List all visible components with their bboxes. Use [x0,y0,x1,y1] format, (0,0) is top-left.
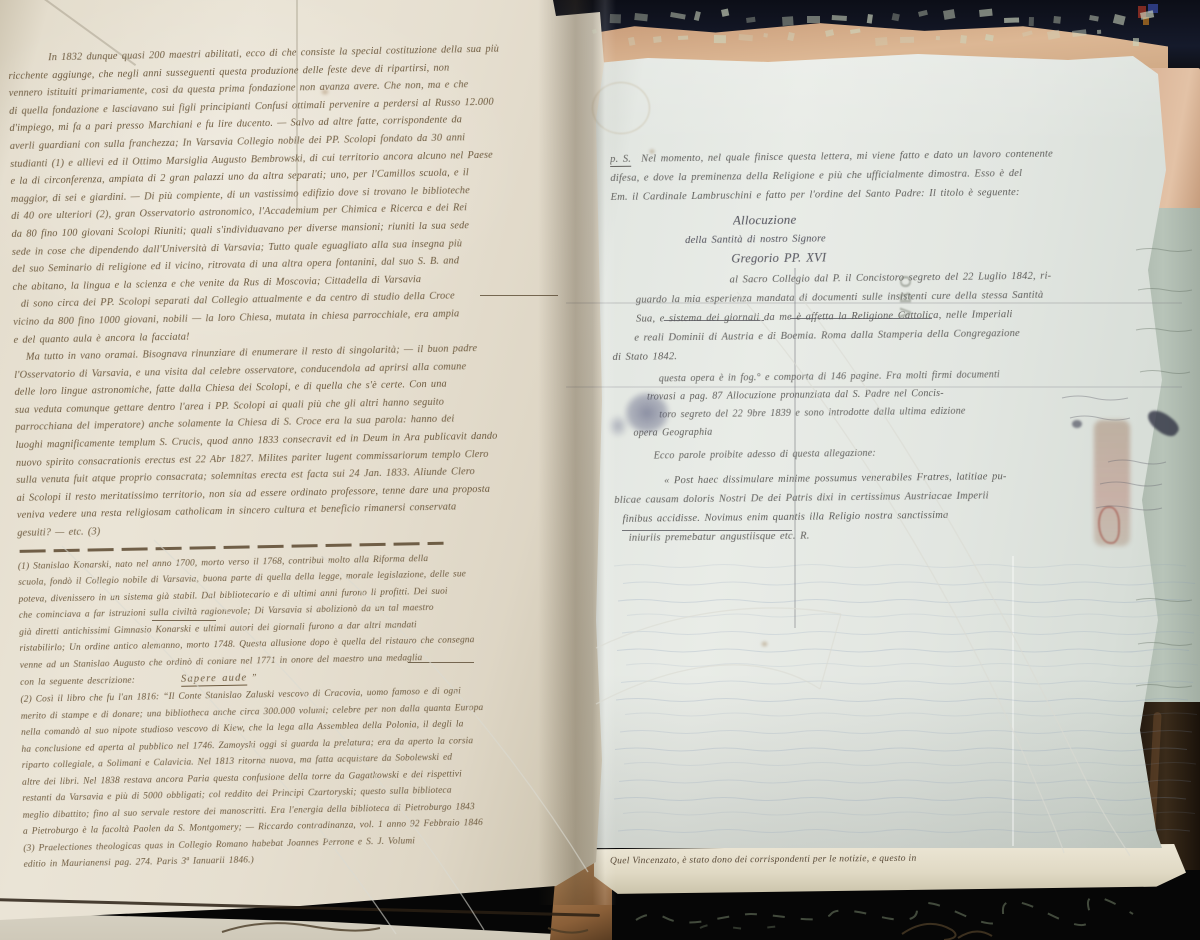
red-stamp-mark [1098,506,1120,544]
postscript-lines: difesa, e dove la preminenza della Relig… [610,162,1176,207]
allocution-heading: Allocuzionedella Santità di nostro Signo… [611,205,1178,270]
motto-prefix: con la seguente descrizione: [20,676,135,688]
postscript-block: p. S.Nel momento, nel quale finisce ques… [610,143,1177,207]
ochre-speck [1143,17,1149,25]
under-page-note-line: Quel Vincenzato, è stato dono dei corris… [610,851,1170,868]
footnote-1: (1) Stanislao Konarski, nato nel anno 17… [18,547,600,674]
chalk-scribbles [636,897,1133,929]
heading-line: Gregorio PP. XVI [731,244,1177,268]
left-page-main-block: In 1832 dunque quasi 200 maestri abilita… [8,39,597,543]
left-page-text: In 1832 dunque quasi 200 maestri abilita… [8,39,604,874]
motto-suffix: ” [247,673,256,683]
ps-text: Nel momento, nel quale finisce questa le… [641,149,1053,165]
allocution-body: al Sacro Collegio dal P. il Concistoro s… [611,265,1178,367]
bleedthrough-stamp: VBO [898,238,916,318]
embossed-stamp [592,82,650,134]
under-page-right: Quel Vincenzato, è stato dono dei corris… [594,844,1186,896]
motto-word: Sapere aude [181,673,248,687]
manuscript-photo: Quel Vincenzato, è stato dono dei corris… [0,0,1200,940]
blue-speck [1148,4,1158,13]
ps-label: p. S. [610,154,631,167]
footnote-2: (2) Così il libro che fu l'an 1816: “Il … [20,681,603,841]
